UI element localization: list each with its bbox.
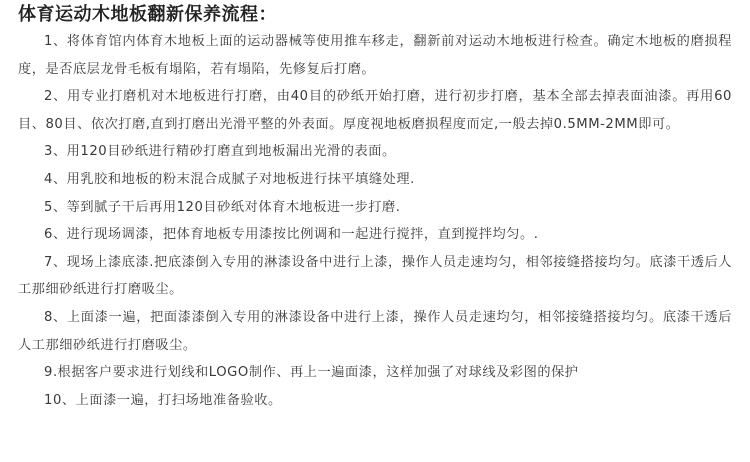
- step-9: 9.根据客户要求进行划线和LOGO制作、再上一遍面漆，这样加强了对球线及彩图的保…: [18, 359, 732, 387]
- document: 体育运动木地板翻新保养流程： 1、将体育馆内体育木地板上面的运动器械等使用推车移…: [0, 0, 750, 414]
- page-title: 体育运动木地板翻新保养流程：: [18, 2, 732, 28]
- step-2: 2、用专业打磨机对木地板进行打磨，由40目的砂纸开始打磨，进行初步打磨，基本全部…: [18, 83, 732, 138]
- step-4: 4、用乳胶和地板的粉末混合成腻子对地板进行抹平填缝处理.: [18, 166, 732, 194]
- step-7: 7、现场上漆底漆.把底漆倒入专用的淋漆设备中进行上漆，操作人员走速均匀，相邻接缝…: [18, 249, 732, 304]
- step-8: 8、上面漆一遍，把面漆漆倒入专用的淋漆设备中进行上漆，操作人员走速均匀，相邻接缝…: [18, 304, 732, 359]
- step-3: 3、用120目砂纸进行精砂打磨直到地板漏出光滑的表面。: [18, 138, 732, 166]
- step-5: 5、等到腻子干后再用120目砂纸对体育木地板进一步打磨.: [18, 194, 732, 222]
- steps-list: 1、将体育馆内体育木地板上面的运动器械等使用推车移走，翻新前对运动木地板进行检查…: [18, 28, 732, 414]
- step-6: 6、进行现场调漆，把体育地板专用漆按比例调和一起进行搅拌，直到搅拌均匀。.: [18, 221, 732, 249]
- step-10: 10、上面漆一遍，打扫场地准备验收。: [18, 387, 732, 415]
- step-1: 1、将体育馆内体育木地板上面的运动器械等使用推车移走，翻新前对运动木地板进行检查…: [18, 28, 732, 83]
